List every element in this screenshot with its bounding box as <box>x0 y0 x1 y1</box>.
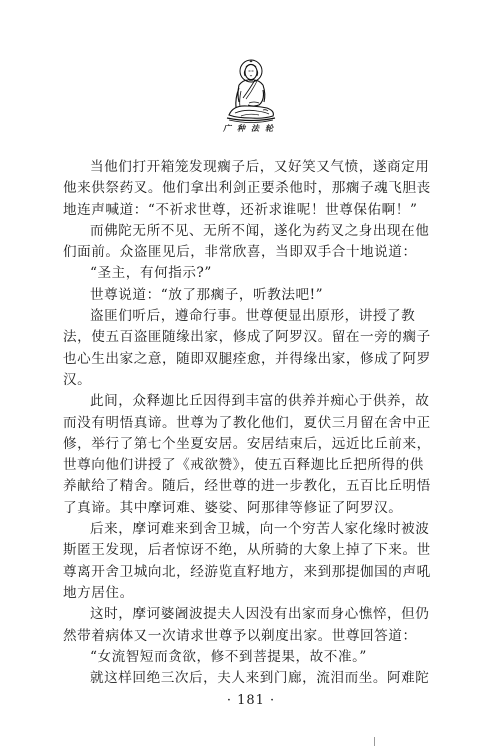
text-line: 地连声喊道：“不祈求世尊，还祈求谁呢！世尊保佑啊！” <box>63 200 451 221</box>
text-line: 法，使五百盗匪随缘出家，修成了阿罗汉。留在一旁的瘸子 <box>63 327 451 348</box>
text-line: 当他们打开箱笼发现瘸子后，又好笑又气愤，遂商定用 <box>63 157 451 178</box>
text-line: 斯匿王发现，后者惊讶不绝，从所骑的大象上掉了下来。世 <box>63 540 451 561</box>
text-line: 而没有明悟真谛。世尊为了教化他们，夏伏三月留在舍中正 <box>63 413 451 434</box>
text-line: 后来，摩诃难来到舍卫城，向一个穷苦人家化缘时被波 <box>63 519 451 540</box>
text-line: 了真谛。其中摩诃难、婆娑、阿那律等修证了阿罗汉。 <box>63 498 451 519</box>
text-line: 们面前。众盗匪见后，非常欣喜，当即双手合十地说道： <box>63 242 451 263</box>
text-line: 汉。 <box>63 370 451 391</box>
text-line: 世尊向他们讲授了《戒欲赞》，使五百释迦比丘把所得的供 <box>63 455 451 476</box>
text-line: 地方居住。 <box>63 583 451 604</box>
text-line: “女流智短而贪欲，修不到菩提果，故不准。” <box>63 647 451 668</box>
page-number: · 181 · <box>0 693 502 708</box>
text-line: 养献给了精舍。随后，经世尊的进一步教化，五百比丘明悟 <box>63 476 451 497</box>
series-caption: 广种法轮 <box>200 123 302 134</box>
text-line: 修，举行了第七个坐夏安居。安居结束后，远近比丘前来， <box>63 434 451 455</box>
text-line: 也心生出家之意，随即双腿痊愈，并得缘出家，修成了阿罗 <box>63 349 451 370</box>
text-line: 此间，众释迦比丘因得到丰富的供养并痴心于供养，故 <box>63 391 451 412</box>
text-line: 他来供祭药叉。他们拿出利剑正要杀他时，那瘸子魂飞胆丧 <box>63 178 451 199</box>
text-line: 而佛陀无所不见、无所不闻，遂化为药叉之身出现在他 <box>63 221 451 242</box>
scan-edge-mark <box>374 737 375 746</box>
seated-buddha-icon <box>219 58 283 126</box>
text-line: 尊离开舍卫城向北，经游览直籽地方，来到那提伽国的声吼 <box>63 562 451 583</box>
text-line: 盗匪们听后，遵命行事。世尊便显出原形，讲授了教 <box>63 306 451 327</box>
text-line: “圣主，有何指示?” <box>63 263 451 284</box>
book-page: 广种法轮 当他们打开箱笼发现瘸子后，又好笑又气愤，遂商定用 他来供祭药叉。他们拿… <box>0 0 502 747</box>
text-line: 世尊说道：“放了那瘸子，听教法吧!” <box>63 285 451 306</box>
text-line: 然带着病体又一次请求世尊予以剃度出家。世尊回答道： <box>63 626 451 647</box>
text-line: 就这样回绝三次后，夫人来到门廊，流泪而坐。阿难陀 <box>63 668 451 689</box>
text-line: 这时，摩诃婆阇波提夫人因没有出家而身心憔悴，但仍 <box>63 604 451 625</box>
body-text: 当他们打开箱笼发现瘸子后，又好笑又气愤，遂商定用 他来供祭药叉。他们拿出利剑正要… <box>63 157 451 689</box>
